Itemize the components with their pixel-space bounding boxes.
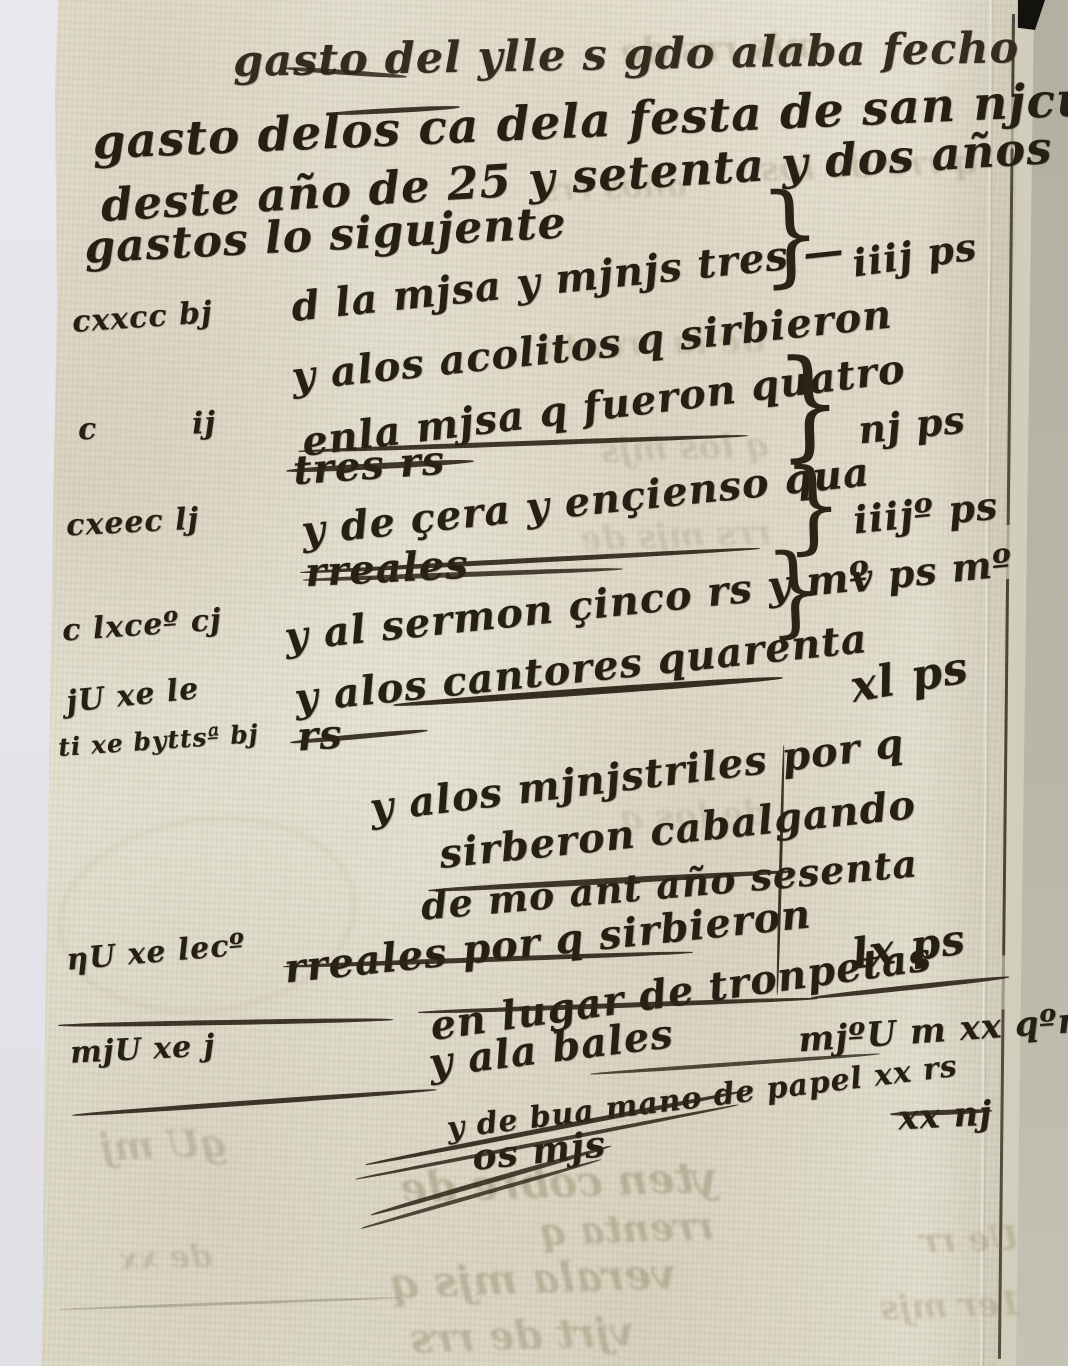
ghost-text: 1er mjs [879,1284,1023,1329]
margin-numeral: ij [191,405,217,441]
margin-numeral: cxeec lj [65,502,200,544]
amount-struck: xx nj [897,1094,993,1139]
margin-numeral: c [77,412,98,448]
ink-brace: } [763,531,826,650]
ghost-text: de xx [119,1236,212,1277]
ghost-text: vjrt de rrs [409,1308,634,1363]
manuscript-scan: mjs rrs de q rre de los años rrs de la r… [0,0,1068,1366]
ink-brace: } [758,168,823,299]
ghost-text: Ue rr [919,1218,1019,1261]
ghost-text: verala mjs q [389,1249,676,1308]
ghost-text: rrenta q [539,1203,714,1254]
ghost-text: gU mj [99,1120,227,1169]
